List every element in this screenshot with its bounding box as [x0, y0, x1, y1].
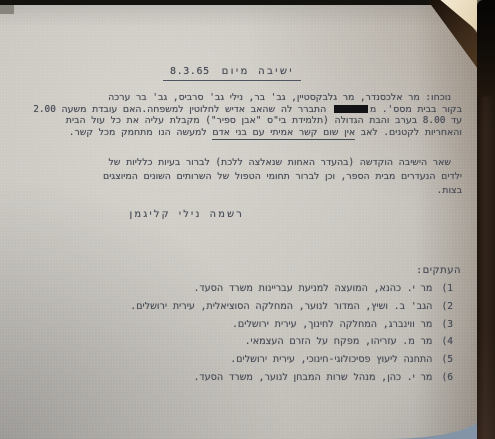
paragraph-line: עד 8.00 בערב והבת הגדולה (תלמידת בי"ס "א…: [22, 115, 462, 127]
item-text: מר מ. עזריהו, מפקח על הזרם העצמאי.: [245, 336, 433, 347]
list-item: (4מר מ. עזריהו, מפקח על הזרם העצמאי.: [23, 336, 453, 348]
underlined-phrase: אין שום קשר אמיתי עם בני אדם: [212, 127, 355, 140]
recorder-signature: רשמה נילי קליגמן: [96, 209, 244, 220]
paragraph-line: והאחריות לקטנים. לאב אין שום קשר אמיתי ע…: [22, 127, 462, 139]
scanned-document-photo: ישיבה מיום 8.3.65 נוכחו: מר אלכסנדר, מר …: [0, 0, 495, 439]
list-item: (3מר ווינברג, המחלקה לחינוך, עירית ירושל…: [23, 319, 453, 331]
item-text: מר י. כהנא, המועצה למניעת עבריינות משרד …: [194, 283, 433, 294]
title-date: 8.3.65: [170, 66, 210, 77]
list-item: (6מר י. כהן, מנהל שרות המבחן לנוער, משרד…: [23, 372, 453, 384]
paragraph-line: נוכחו: מר אלכסנדר, מר גלבקסטיין, גב' בר,…: [22, 92, 462, 104]
copies-heading: העתקים:: [416, 265, 461, 276]
paragraph-line: בקור בבית מסס'. מ התברר לה שהאב אדיש לחל…: [22, 104, 462, 116]
item-number: (6: [441, 372, 453, 384]
book-spine-edge: [477, 0, 495, 439]
item-text: התחנה ליעוץ פסיכולוגי-חינוכי, עירית ירוש…: [230, 354, 432, 365]
item-number: (5: [441, 354, 453, 366]
paragraph-line: בצות.: [22, 184, 462, 198]
list-item: (1מר י. כהנא, המועצה למניעת עבריינות משר…: [23, 283, 453, 295]
summary-paragraph: שאר הישיבה הוקדשה (בהעדר האחות שנאלצה לל…: [22, 156, 462, 197]
distribution-list: (1מר י. כהנא, המועצה למניעת עבריינות משר…: [23, 283, 453, 390]
item-text: הגב' ב. ושיץ, המדור לנוער, המחלקה הסוציא…: [130, 301, 432, 312]
paragraph-line: שאר הישיבה הוקדשה (בהעדר האחות שנאלצה לל…: [22, 156, 462, 170]
attendees-paragraph: נוכחו: מר אלכסנדר, מר גלבקסטיין, גב' בר,…: [22, 92, 462, 138]
list-item: (2הגב' ב. ושיץ, המדור לנוער, המחלקה הסוצ…: [23, 301, 453, 313]
redaction-box: [334, 105, 368, 113]
item-number: (3: [441, 319, 453, 331]
list-item: (5התחנה ליעוץ פסיכולוגי-חינוכי, עירית יר…: [23, 354, 453, 366]
item-number: (4: [441, 336, 453, 348]
photo-top-edge: [0, 0, 452, 5]
item-text: מר ווינברג, המחלקה לחינוך, עירית ירושלים…: [232, 319, 432, 330]
title-text: ישיבה מיום: [222, 66, 294, 77]
item-text: מר י. כהן, מנהל שרות המבחן לנוער, משרד ה…: [194, 372, 433, 383]
paragraph-line: ילדים הנעדרים מבית הספר, וכן לברור תחומי…: [22, 170, 462, 184]
page-title: ישיבה מיום 8.3.65: [163, 66, 301, 81]
item-number: (2: [441, 301, 453, 313]
item-number: (1: [441, 283, 453, 295]
